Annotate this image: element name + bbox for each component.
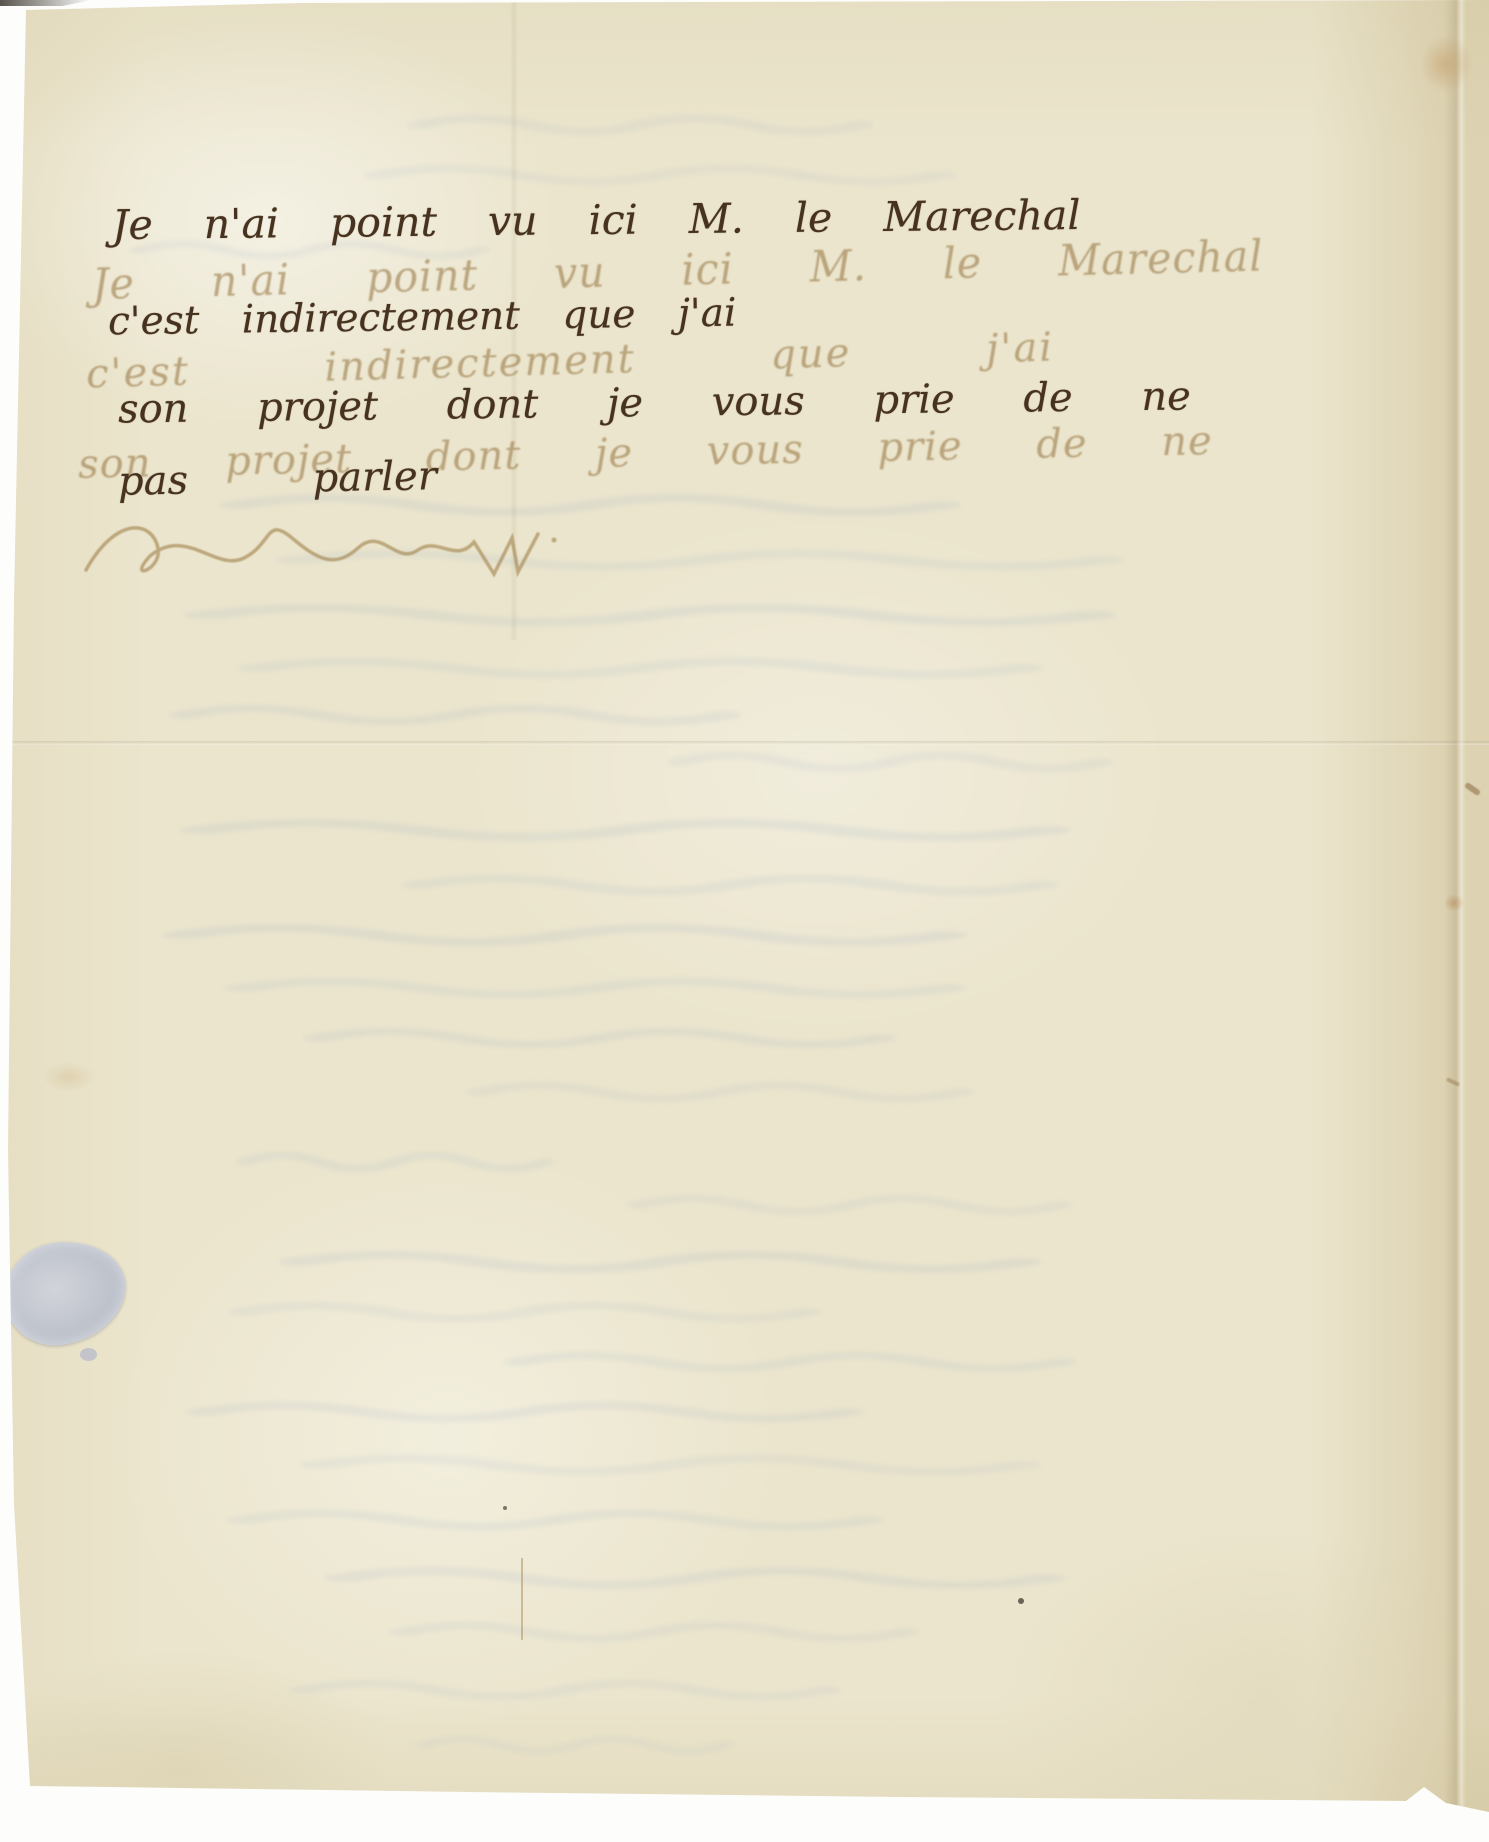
vertical-fold-crease-right <box>1444 0 1466 1842</box>
handwritten-line-4: pas parler <box>118 453 438 505</box>
handwritten-line-2: c'est indirectement que j'ai <box>108 291 737 345</box>
letter-paper: Je n'ai point vu ici M. le Marechal c'es… <box>0 0 1489 1842</box>
faint-tan-stain <box>42 1062 96 1092</box>
paper-scratch <box>521 1558 523 1640</box>
handwritten-line-1: Je n'ai point vu ici M. le Marechal <box>112 191 1081 249</box>
ink-fleck <box>1018 1598 1024 1604</box>
ink-fleck-small <box>503 1506 507 1510</box>
foxing-spot-top-right <box>1420 36 1472 92</box>
gray-stain-dot <box>80 1348 97 1361</box>
horizontal-fold-crease <box>0 741 1489 745</box>
scanner-background: { "scan": { "background_color": "#fdfdfb… <box>0 0 1489 1842</box>
foxing-spot-right-edge <box>1444 894 1464 912</box>
scanner-edge-shadow <box>0 0 92 6</box>
